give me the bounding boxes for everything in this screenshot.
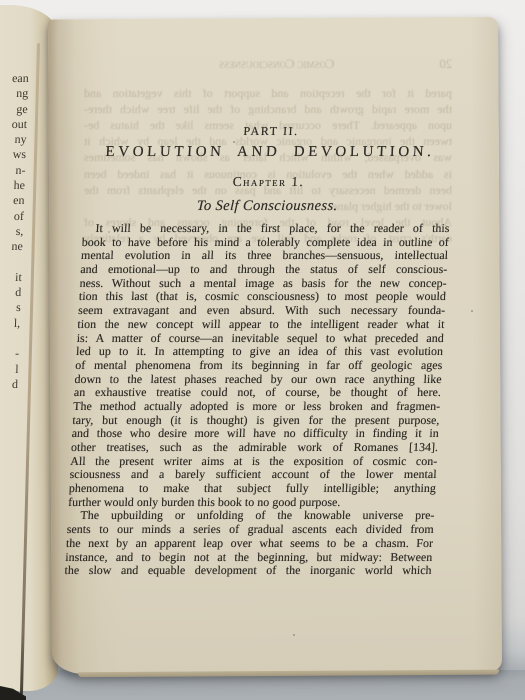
bleedthrough-page-number: 20: [440, 56, 453, 72]
left-page-text-line: [0, 331, 20, 346]
left-page-text-line: l,: [0, 316, 20, 331]
left-page-text-fragments: eannggeoutnywsn-heenofs,ne itdsl, -ld: [0, 71, 29, 392]
body-line: the slow and equable development of the …: [64, 564, 432, 578]
left-page-text-line: l: [0, 362, 19, 377]
left-page-text-line: s: [0, 300, 21, 315]
left-page-text-line: d: [0, 377, 18, 392]
left-page-text-line: ny: [0, 132, 27, 147]
body-line: ness. Without such a mental image as bas…: [79, 277, 447, 291]
body-line: phenomena to make that subject fully int…: [69, 482, 437, 496]
body-line: tion this last (that is, cosmic consciou…: [79, 290, 447, 304]
left-page-text-line: ne: [0, 239, 23, 254]
body-line: the next by an apparent leap over what s…: [66, 537, 434, 551]
book-photo: eannggeoutnywsn-heenofs,ne itdsl, -ld 20…: [0, 0, 525, 700]
paragraph-2: The upbuilding or unfolding of the knowa…: [64, 509, 435, 577]
left-page-text-line: s,: [0, 224, 24, 239]
body-line: sciousness and a barely sufficient accou…: [69, 468, 437, 482]
dust-speck: [233, 141, 235, 143]
body-line: book to have before his mind a tolerably…: [81, 236, 449, 250]
left-page-text-line: out: [0, 117, 27, 132]
body-line: and those who desire more will have no d…: [71, 427, 439, 441]
left-page-text-line: ean: [0, 71, 29, 86]
bleedthrough-line: the more rapid growth and branching of t…: [84, 101, 452, 117]
left-page-text-line: ng: [0, 86, 28, 101]
dust-speck: [293, 634, 295, 636]
body-line: of mental phenomena from its beginning i…: [75, 359, 443, 373]
left-page-text-line: en: [0, 193, 25, 208]
body-line: down to the latest phases reached by our…: [74, 373, 442, 387]
left-page-text-line: [0, 255, 23, 270]
left-page-text-line: ge: [0, 102, 28, 117]
body-line: and emotional—up to and through the stat…: [80, 263, 448, 277]
left-page-text-line: -: [0, 346, 19, 361]
bleedthrough-running-head-row: 20 Cosmic Consciousness: [84, 56, 452, 72]
body-line: seem extravagant and even absurd. With s…: [78, 304, 446, 318]
chapter-heading: Chapter 1.: [85, 174, 453, 190]
body-text: It will be necessary, in the first place…: [64, 222, 450, 578]
bleedthrough-running-head: Cosmic Consciousness: [219, 56, 334, 72]
body-line: other treatises, such as the admirable w…: [71, 441, 439, 455]
section-title: To Self Consciousness.: [83, 198, 451, 215]
body-line: is: A matter of course—an inevitable seq…: [76, 332, 444, 346]
body-line: The method actually adopted is more or l…: [73, 400, 441, 414]
dust-speck: [471, 310, 473, 312]
part-heading: PART II.: [87, 124, 455, 138]
body-line: tary, but enough (it is thought) is give…: [72, 414, 440, 428]
bleedthrough-line: pared it for the reception and support o…: [84, 85, 452, 101]
body-line: instance, and to begin not at the beginn…: [65, 551, 433, 565]
body-line: led up to it. In attempting to give an i…: [76, 345, 444, 359]
left-page-text-line: he: [0, 178, 25, 193]
body-line: mental evolution in all its three branch…: [81, 249, 449, 263]
body-line: sents to our minds a series of gradual a…: [66, 523, 434, 537]
body-line: All the present writer aims at is the ex…: [70, 455, 438, 469]
left-page-text-line: it: [0, 270, 22, 285]
body-line: further would only burden this book to n…: [68, 496, 436, 510]
left-page-text-line: d: [0, 285, 22, 300]
part-title: EVOLUTION AND DEVOLUTION.: [86, 142, 454, 162]
paragraph-1: It will be necessary, in the first place…: [68, 222, 450, 509]
left-page-text-line: ws: [0, 147, 26, 162]
body-line: an exhaustive treatise could not, of cou…: [74, 386, 442, 400]
dust-speck: [108, 231, 110, 233]
left-page-text-line: of: [0, 209, 24, 224]
body-line: The upbuilding or unfolding of the knowa…: [67, 509, 435, 523]
left-page-text-line: n-: [0, 163, 26, 178]
page-content: PART II. EVOLUTION AND DEVOLUTION. Chapt…: [64, 124, 455, 578]
body-line: It will be necessary, in the first place…: [82, 222, 450, 236]
body-line: tion the new concept will appear to the …: [77, 318, 445, 332]
